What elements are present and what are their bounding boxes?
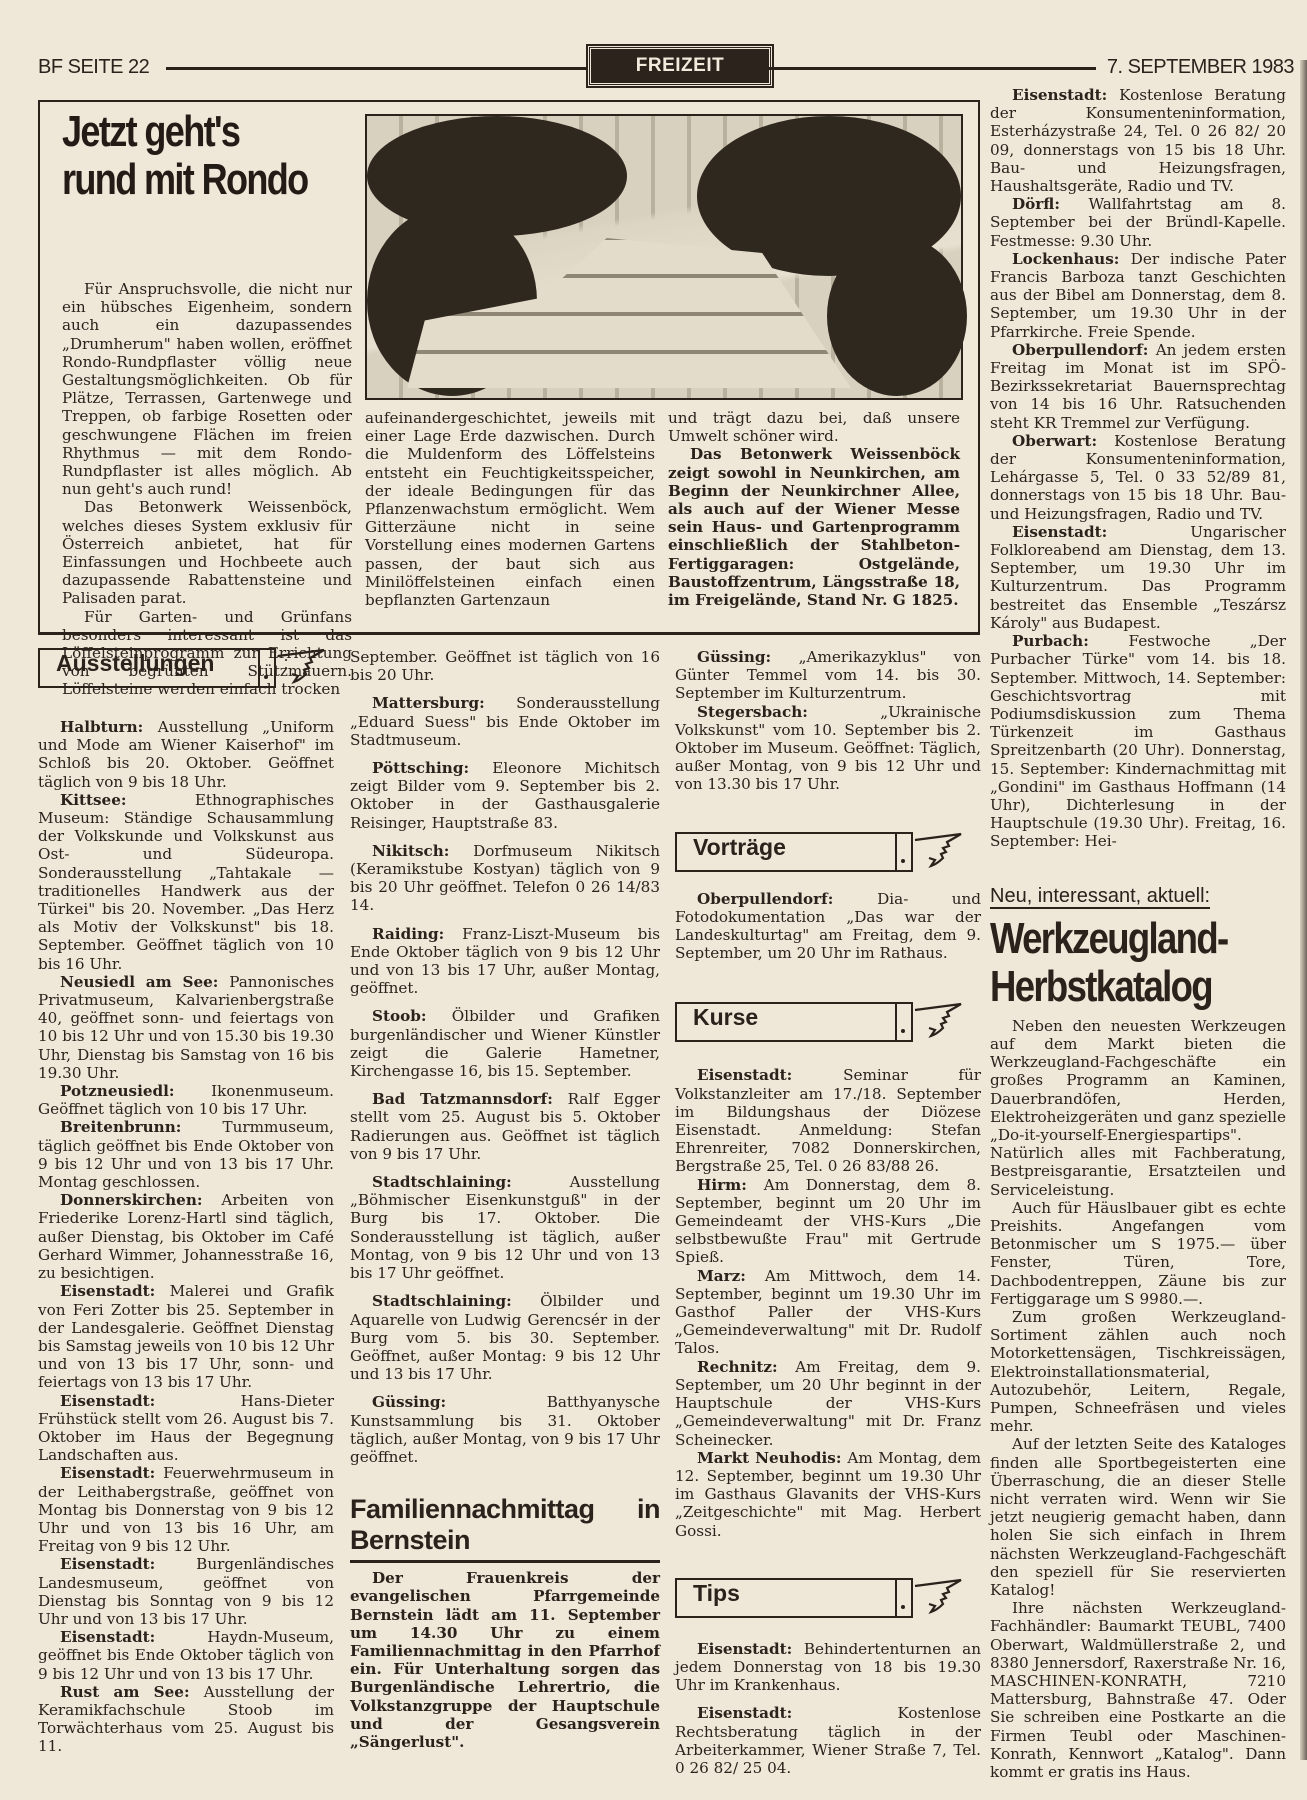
event-item: Purbach: Festwoche „Der Purbacher Türke"… [990, 632, 1286, 850]
event-list: Mattersburg: Sonderausstellung „Eduard S… [350, 694, 660, 1466]
event-item: Eisenstadt: Ungarischer Folkloreabend am… [990, 523, 1286, 632]
rubric-title: Vorträge [693, 838, 786, 856]
event-item: Kittsee: Ethnographisches Museum: Ständi… [38, 791, 334, 973]
event-item: Markt Neuhodis: Am Montag, dem 12. Septe… [675, 1449, 981, 1540]
rubric-box: Kurse [675, 1002, 897, 1042]
paragraph: und trägt dazu bei, daß unsere Umwelt sc… [668, 409, 960, 445]
photo-foliage [367, 116, 627, 236]
rubric-tab [258, 648, 276, 688]
event-place: Donnerskirchen: [60, 1191, 221, 1209]
event-item: Raiding: Franz-Liszt-Museum bis Ende Okt… [350, 925, 660, 998]
event-item: Hirm: Am Donnerstag, dem 8. September, b… [675, 1176, 981, 1267]
page-label: BF SEITE 22 [38, 56, 149, 79]
event-item: Eisenstadt: Feuerwehrmuseum in der Leith… [38, 1464, 334, 1555]
event-place: Stadtschlaining: [372, 1292, 540, 1310]
event-place: Purbach: [1012, 632, 1128, 650]
familie-headline: Familiennachmittag in Bernstein [350, 1494, 660, 1556]
event-place: Güssing: [697, 648, 799, 666]
rubric-tab [895, 1578, 913, 1618]
headline-rule [350, 1560, 660, 1563]
event-place: Eisenstadt: [697, 1066, 843, 1084]
event-place: Oberwart: [1012, 432, 1114, 450]
event-place: Markt Neuhodis: [697, 1449, 847, 1467]
rubric-kurse: Kurse [675, 1002, 965, 1042]
rubric-title: Kurse [693, 1008, 758, 1026]
event-item: Eisenstadt: Kostenlose Rechtsberatung tä… [675, 1704, 981, 1777]
column-vortraege-kurse-tips: Güssing: „Amerikazyklus" von Günter Temm… [675, 648, 981, 1787]
ad-paragraph: Zum großen Werkzeugland-Sortiment zählen… [990, 1308, 1286, 1435]
event-place: Halbturn: [60, 718, 158, 736]
rubric-tab [895, 1002, 913, 1042]
event-item: Eisenstadt: Behindertenturnen an jedem D… [675, 1640, 981, 1695]
paragraph: Das Betonwerk Weissenböck, welches diese… [62, 498, 352, 607]
event-item: Stoob: Ölbilder und Grafiken burgenländi… [350, 1007, 660, 1080]
event-item: Dörfl: Wallfahrtstag am 8. September bei… [990, 195, 1286, 250]
event-list: Güssing: „Amerikazyklus" von Günter Temm… [675, 648, 981, 794]
event-item: Potzneusiedl: Ikonenmuseum. Geöffnet täg… [38, 1082, 334, 1118]
event-place: Oberpullendorf: [1012, 341, 1156, 359]
event-list: Halbturn: Ausstellung „Uniform und Mode … [38, 718, 334, 1756]
column-ausstellungen-cont: September. Geöffnet ist täglich von 16 b… [350, 648, 660, 1751]
event-place: Raiding: [372, 925, 462, 943]
event-item: Güssing: Batthyanysche Kunstsammlung bis… [350, 1393, 660, 1466]
event-list: Eisenstadt: Seminar für Volkstanzleiter … [675, 1066, 981, 1539]
rubric-title: Ausstellungen [56, 654, 214, 672]
event-text: Festwoche „Der Purbacher Türke" vom 14. … [990, 632, 1286, 850]
event-list: Eisenstadt: Kostenlose Beratung der Kons… [990, 86, 1286, 851]
event-place: Breitenbrunn: [60, 1118, 222, 1136]
event-place: Oberpullendorf: [697, 890, 877, 908]
event-item: Rust am See: Ausstellung der Keramikfach… [38, 1683, 334, 1756]
event-list: Eisenstadt: Behindertenturnen an jedem D… [675, 1640, 981, 1777]
rubric-box: Tips [675, 1578, 897, 1618]
column-right: Eisenstadt: Kostenlose Beratung der Kons… [990, 86, 1286, 1781]
event-item: Oberwart: Kostenlose Beratung der Konsum… [990, 432, 1286, 523]
event-place: Stoob: [372, 1007, 452, 1025]
event-place: Stadtschlaining: [372, 1173, 570, 1191]
event-place: Eisenstadt: [60, 1282, 170, 1300]
rubric-tips: Tips [675, 1578, 965, 1618]
feature-column-3: und trägt dazu bei, daß unsere Umwelt sc… [668, 409, 960, 609]
column-ausstellungen: Ausstellungen Halbturn: Ausstellung „Uni… [38, 648, 334, 1756]
event-place: Eisenstadt: [697, 1640, 804, 1658]
event-place: Marz: [697, 1267, 765, 1285]
paragraph-bold: Das Betonwerk Weissenböck zeigt sowohl i… [668, 445, 960, 609]
event-place: Lockenhaus: [1012, 250, 1131, 268]
event-list: Oberpullendorf: Dia- und Fotodokumentati… [675, 890, 981, 963]
event-item: Marz: Am Mittwoch, dem 14. September, be… [675, 1267, 981, 1358]
feature-article-rondo: Jetzt geht's rund mit Rondo Für Anspruch… [38, 100, 980, 635]
ad-headline: Werkzeugland-Herbstkatalog [990, 915, 1289, 1011]
pointing-hand-icon [913, 1000, 965, 1040]
event-place: Bad Tatzmannsdorf: [372, 1090, 568, 1108]
paragraph: Für Anspruchsvolle, die nicht nur ein hü… [62, 280, 352, 498]
event-item: Bad Tatzmannsdorf: Ralf Egger stellt vom… [350, 1090, 660, 1163]
event-item: Breitenbrunn: Turmmuseum, täglich geöffn… [38, 1118, 334, 1191]
event-place: Eisenstadt: [60, 1628, 207, 1646]
event-item: Eisenstadt: Malerei und Grafik von Feri … [38, 1282, 334, 1391]
event-place: Nikitsch: [372, 842, 473, 860]
section-title: FREIZEIT [588, 46, 772, 86]
event-place: Eisenstadt: [1012, 86, 1119, 104]
event-item: Güssing: „Amerikazyklus" von Günter Temm… [675, 648, 981, 703]
rubric-tab [895, 832, 913, 872]
event-place: Eisenstadt: [60, 1464, 163, 1482]
feature-photo [365, 114, 963, 400]
event-item: Donnerskirchen: Arbeiten von Friederike … [38, 1191, 334, 1282]
pointing-hand-icon [913, 1576, 965, 1616]
event-item: Eisenstadt: Haydn-Museum, geöffnet bis E… [38, 1628, 334, 1683]
masthead-rule [766, 67, 1096, 70]
event-item: Oberpullendorf: An jedem ersten Freitag … [990, 341, 1286, 432]
ad-paragraph: Neben den neuesten Werkzeugen auf dem Ma… [990, 1017, 1286, 1199]
event-place: Eisenstadt: [60, 1555, 196, 1573]
event-place: Dörfl: [1012, 195, 1088, 213]
event-item: Oberpullendorf: Dia- und Fotodokumentati… [675, 890, 981, 963]
ad-paragraph: Auch für Häuslbauer gibt es echte Preish… [990, 1199, 1286, 1308]
issue-date: 7. SEPTEMBER 1983 [1107, 56, 1294, 79]
ad-paragraph: Ihre nächsten Werkzeugland-Fachhändler: … [990, 1599, 1286, 1781]
ad-paragraph: Auf der letzten Seite des Kataloges find… [990, 1435, 1286, 1599]
photo-foliage [827, 236, 967, 396]
familie-text: Der Frauenkreis der evangelischen Pfarrg… [350, 1569, 660, 1751]
event-item: Eisenstadt: Hans-Dieter Frühstück stellt… [38, 1392, 334, 1465]
page-edge-shadow [1300, 60, 1307, 1760]
event-text: Ethnographisches Museum: Ständige Schaus… [38, 791, 334, 973]
event-place: Kittsee: [60, 791, 195, 809]
paragraph: September. Geöffnet ist täglich von 16 b… [350, 648, 660, 684]
event-place: Neusiedl am See: [60, 973, 229, 991]
event-item: Halbturn: Ausstellung „Uniform und Mode … [38, 718, 334, 791]
event-item: Pöttsching: Eleonore Michitsch zeigt Bil… [350, 759, 660, 832]
pointing-hand-icon [913, 830, 965, 870]
feature-headline: Jetzt geht's rund mit Rondo [62, 108, 308, 204]
ad-kicker: Neu, interessant, aktuell: [990, 887, 1210, 909]
rubric-title: Tips [693, 1584, 740, 1602]
feature-column-1: Für Anspruchsvolle, die nicht nur ein hü… [62, 280, 352, 699]
event-item: Neusiedl am See: Pannonisches Privatmuse… [38, 973, 334, 1082]
event-item: Lockenhaus: Der indische Pater Francis B… [990, 250, 1286, 341]
rubric-vortraege: Vorträge [675, 832, 965, 872]
event-place: Mattersburg: [372, 694, 516, 712]
masthead: BF SEITE 22 FREIZEIT 7. SEPTEMBER 1983 [38, 52, 1294, 86]
event-item: Mattersburg: Sonderausstellung „Eduard S… [350, 694, 660, 749]
ad-body: Neben den neuesten Werkzeugen auf dem Ma… [990, 1017, 1286, 1782]
rubric-box: Ausstellungen [38, 648, 260, 688]
pointing-hand-icon [276, 646, 328, 686]
event-place: Eisenstadt: [60, 1392, 241, 1410]
event-place: Eisenstadt: [1012, 523, 1190, 541]
event-item: Stadtschlaining: Ausstellung „Böhmischer… [350, 1173, 660, 1282]
event-place: Hirm: [697, 1176, 764, 1194]
event-place: Güssing: [372, 1393, 547, 1411]
event-place: Potzneusiedl: [60, 1082, 211, 1100]
event-place: Eisenstadt: [697, 1704, 897, 1722]
event-item: Rechnitz: Am Freitag, dem 9. September, … [675, 1358, 981, 1449]
event-place: Pöttsching: [372, 759, 492, 777]
rubric-ausstellungen: Ausstellungen [38, 648, 328, 688]
event-item: Stadtschlaining: Ölbilder und Aquarelle … [350, 1292, 660, 1383]
event-item: Nikitsch: Dorfmuseum Nikitsch (Keramikst… [350, 842, 660, 915]
feature-column-2: aufeinandergeschichtet, jeweils mit eine… [365, 409, 655, 609]
rubric-box: Vorträge [675, 832, 897, 872]
event-place: Rust am See: [60, 1683, 204, 1701]
event-item: Eisenstadt: Seminar für Volkstanzleiter … [675, 1066, 981, 1175]
event-place: Stegersbach: [697, 703, 880, 721]
event-item: Eisenstadt: Kostenlose Beratung der Kons… [990, 86, 1286, 195]
event-item: Stegersbach: „Ukrainische Volkskunst" vo… [675, 703, 981, 794]
event-item: Eisenstadt: Burgenländisches Landesmuseu… [38, 1555, 334, 1628]
masthead-rule [166, 67, 588, 70]
event-place: Rechnitz: [697, 1358, 795, 1376]
paragraph: aufeinandergeschichtet, jeweils mit eine… [365, 409, 655, 609]
